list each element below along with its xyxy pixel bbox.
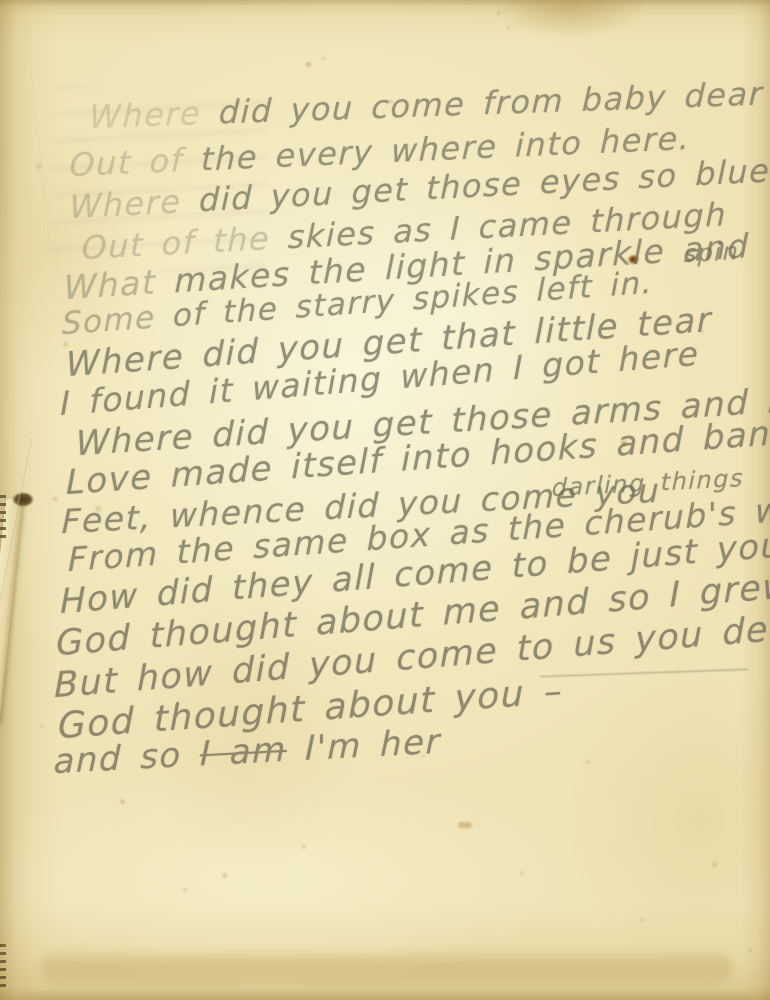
poem-text: Where [89, 93, 220, 136]
manuscript-page: Where did you come from baby dearOut of … [0, 0, 770, 1000]
poem-line-5b: spin [684, 237, 740, 268]
poem-text: Where [69, 181, 199, 226]
poem-text: I'm her [286, 722, 441, 770]
poem-text: Some [62, 298, 173, 342]
poem-text: spin [684, 237, 740, 268]
poem-text: Out of [69, 140, 202, 184]
poem-text: I am [200, 730, 287, 775]
poem-text-layer: Where did you come from baby dearOut of … [0, 0, 770, 1000]
poem-text: and so [53, 734, 200, 782]
